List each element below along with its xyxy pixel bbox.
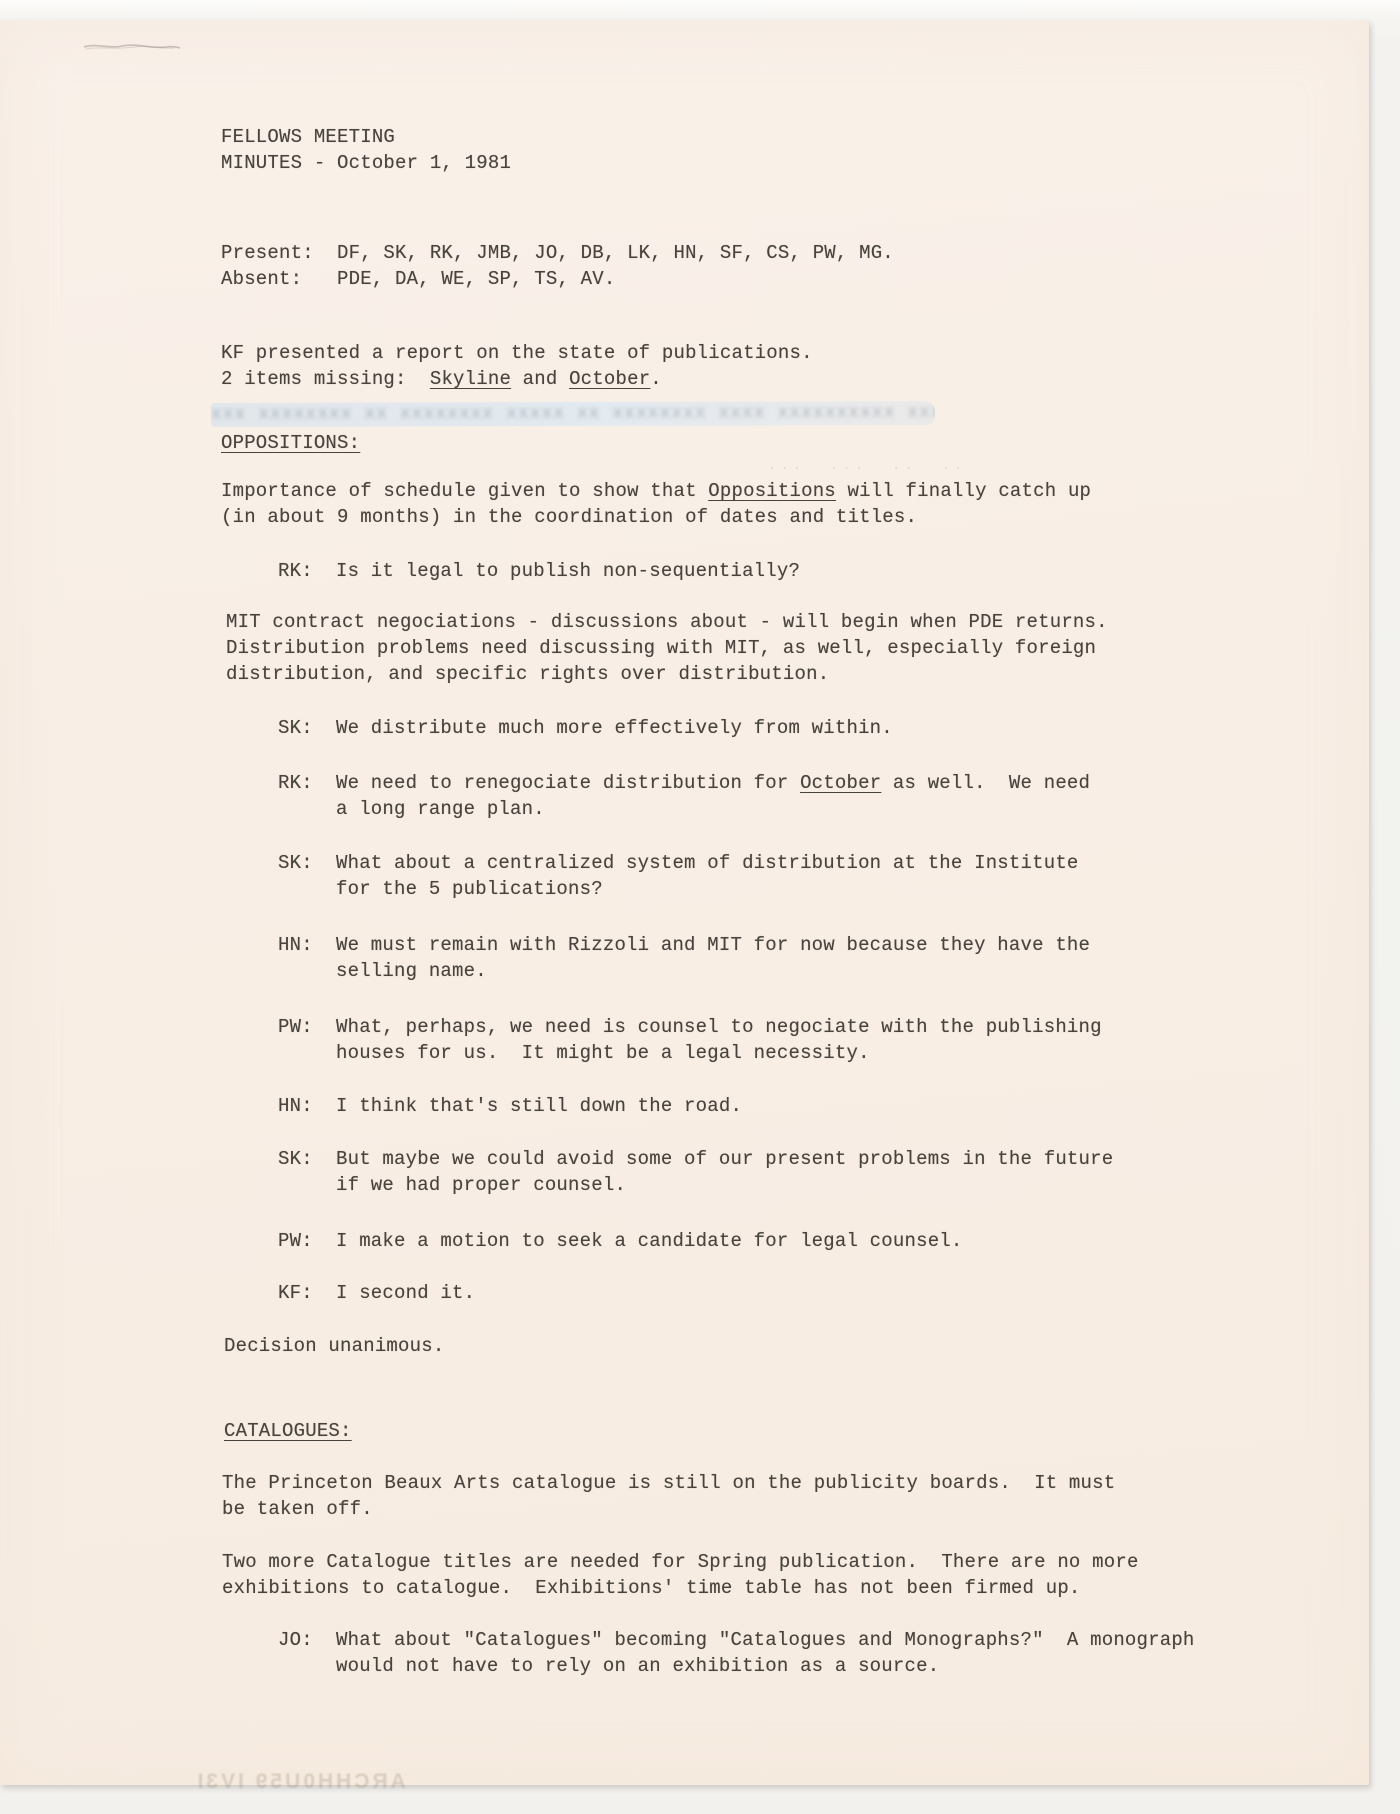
speaker-label: SK: [278,1146,313,1172]
text-segment: Present: DF, SK, RK, JMB, JO, DB, LK, HN… [221,242,894,264]
speaker-label: HN: [278,1093,313,1119]
text-segment: Two more Catalogue titles are needed for… [222,1551,1139,1573]
text-segment: distribution, and specific rights over d… [226,663,829,685]
typed-line: We need to renegociate distribution for … [336,770,1090,796]
typed-line: Distribution problems need discussing wi… [226,635,1108,661]
speaker-label: SK: [278,715,313,741]
typed-line: MINUTES - October 1, 1981 [221,150,511,176]
text-segment: Is it legal to publish non-sequentially? [336,560,800,582]
pencil-smudge-icon [82,38,182,56]
typed-line: OPPOSITIONS: [221,430,360,456]
typed-line: We distribute much more effectively from… [336,715,893,741]
typed-line: I make a motion to seek a candidate for … [336,1228,963,1254]
text-segment: would not have to rely on an exhibition … [336,1655,939,1677]
typed-line: Decision unanimous. [224,1333,444,1359]
speaker-label: SK: [278,850,313,876]
schedule-paragraph: Importance of schedule given to show tha… [221,478,1091,530]
text-segment: for the 5 publications? [336,878,603,900]
section-heading-catalogues: CATALOGUES: [224,1418,352,1444]
speaker-label: HN: [278,932,313,958]
text-segment: and [511,368,569,390]
typed-line: What about "Catalogues" becoming "Catalo… [336,1627,1195,1653]
underlined-text: October [800,772,881,794]
speaker-rk-legal: RK:Is it legal to publish non-sequential… [278,558,800,584]
verso-stamp-bleedthrough: ARCHH0U59 IV3I [228,1746,458,1814]
underlined-text: October [569,368,650,390]
text-segment: FELLOWS MEETING [221,126,395,148]
text-segment: Distribution problems need discussing wi… [226,637,1096,659]
correction-tape-strip: xxx xxxxxxxx xx xxxxxxxx xxxxx xx xxxxxx… [211,401,935,427]
text-segment: What, perhaps, we need is counsel to neg… [336,1016,1102,1038]
text-segment: What about "Catalogues" becoming "Catalo… [336,1629,1195,1651]
typed-line: for the 5 publications? [336,876,1079,902]
text-segment: What about a centralized system of distr… [336,852,1079,874]
underlined-text: CATALOGUES: [224,1420,352,1442]
text-segment: Absent: PDE, DA, WE, SP, TS, AV. [221,268,615,290]
speaker-sk-avoid: SK:But maybe we could avoid some of our … [278,1146,1113,1198]
princeton-paragraph: The Princeton Beaux Arts catalogue is st… [222,1470,1115,1522]
publications-report: KF presented a report on the state of pu… [221,340,813,392]
doc-title: FELLOWS MEETINGMINUTES - October 1, 1981 [221,124,511,176]
speaker-label: PW: [278,1014,313,1040]
typed-line: if we had proper counsel. [336,1172,1113,1198]
toner-specks: ... ... .. .. [768,458,966,474]
text-segment: if we had proper counsel. [336,1174,626,1196]
text-segment: KF presented a report on the state of pu… [221,342,813,364]
speaker-label: PW: [278,1228,313,1254]
text-segment: (in about 9 months) in the coordination … [221,506,917,528]
text-segment: MIT contract negociations - discussions … [226,611,1108,633]
speaker-label: KF: [278,1280,313,1306]
text-segment: houses for us. It might be a legal neces… [336,1042,870,1064]
typed-line: KF presented a report on the state of pu… [221,340,813,366]
text-segment: MINUTES - October 1, 1981 [221,152,511,174]
typed-line: CATALOGUES: [224,1418,352,1444]
text-segment: selling name. [336,960,487,982]
typed-line: Two more Catalogue titles are needed for… [222,1549,1139,1575]
typed-line: exhibitions to catalogue. Exhibitions' t… [222,1575,1139,1601]
speaker-jo-monographs: JO:What about "Catalogues" becoming "Cat… [278,1627,1195,1679]
speaker-kf-second: KF:I second it. [278,1280,475,1306]
erased-ghost-text: xxx xxxxxxxx xx xxxxxxxx xxxxx xx xxxxxx… [211,401,935,427]
typed-line: The Princeton Beaux Arts catalogue is st… [222,1470,1115,1496]
typed-line: But maybe we could avoid some of our pre… [336,1146,1113,1172]
typed-line: be taken off. [222,1496,1115,1522]
text-segment: a long range plan. [336,798,545,820]
typed-content: xxx xxxxxxxx xx xxxxxxxx xxxxx xx xxxxxx… [0,0,1400,1814]
speaker-pw-motion: PW:I make a motion to seek a candidate f… [278,1228,963,1254]
text-segment: I make a motion to seek a candidate for … [336,1230,963,1252]
underlined-text: OPPOSITIONS: [221,432,360,454]
typed-line: We must remain with Rizzoli and MIT for … [336,932,1090,958]
text-segment: I think that's still down the road. [336,1095,742,1117]
decision-line: Decision unanimous. [224,1333,444,1359]
typed-line: What, perhaps, we need is counsel to neg… [336,1014,1102,1040]
speaker-pw-counsel: PW:What, perhaps, we need is counsel to … [278,1014,1102,1066]
text-segment: We distribute much more effectively from… [336,717,893,739]
typed-line: selling name. [336,958,1090,984]
typed-line: (in about 9 months) in the coordination … [221,504,1091,530]
speaker-rk-renegociate: RK:We need to renegociate distribution f… [278,770,1090,822]
text-segment: as well. We need [881,772,1090,794]
speaker-label: JO: [278,1627,313,1653]
typed-line: a long range plan. [336,796,1090,822]
typed-line: I second it. [336,1280,475,1306]
text-segment: I second it. [336,1282,475,1304]
typed-line: Importance of schedule given to show tha… [221,478,1091,504]
text-segment: 2 items missing: [221,368,430,390]
typed-line: Present: DF, SK, RK, JMB, JO, DB, LK, HN… [221,240,894,266]
text-segment: The Princeton Beaux Arts catalogue is st… [222,1472,1115,1494]
typed-line: Is it legal to publish non-sequentially? [336,558,800,584]
verso-stamp-text: ARCHH0U59 IV3I [195,1770,406,1793]
typed-line: What about a centralized system of distr… [336,850,1079,876]
typed-line: FELLOWS MEETING [221,124,511,150]
speaker-sk-centralized: SK:What about a centralized system of di… [278,850,1079,902]
text-segment: Importance of schedule given to show tha… [221,480,708,502]
text-segment: exhibitions to catalogue. Exhibitions' t… [222,1577,1081,1599]
text-segment: be taken off. [222,1498,373,1520]
speaker-sk-distribute: SK:We distribute much more effectively f… [278,715,893,741]
speaker-label: RK: [278,770,313,796]
typed-line: would not have to rely on an exhibition … [336,1653,1195,1679]
typed-line: MIT contract negociations - discussions … [226,609,1108,635]
section-heading-oppositions: OPPOSITIONS: [221,430,360,456]
typed-line: I think that's still down the road. [336,1093,742,1119]
text-segment: Decision unanimous. [224,1335,444,1357]
text-segment: We need to renegociate distribution for [336,772,800,794]
speaker-hn-rizzoli: HN:We must remain with Rizzoli and MIT f… [278,932,1090,984]
typed-line: 2 items missing: Skyline and October. [221,366,813,392]
typed-line: Absent: PDE, DA, WE, SP, TS, AV. [221,266,894,292]
mit-contract-paragraph: MIT contract negociations - discussions … [226,609,1108,687]
underlined-text: Skyline [430,368,511,390]
text-segment: . [650,368,662,390]
text-segment: But maybe we could avoid some of our pre… [336,1148,1113,1170]
speaker-label: RK: [278,558,313,584]
underlined-text: Oppositions [708,480,836,502]
text-segment: will finally catch up [836,480,1091,502]
typed-line: distribution, and specific rights over d… [226,661,1108,687]
catalogue-titles-paragraph: Two more Catalogue titles are needed for… [222,1549,1139,1601]
typed-line: houses for us. It might be a legal neces… [336,1040,1102,1066]
text-segment: We must remain with Rizzoli and MIT for … [336,934,1090,956]
speaker-hn-road: HN:I think that's still down the road. [278,1093,742,1119]
attendance: Present: DF, SK, RK, JMB, JO, DB, LK, HN… [221,240,894,292]
